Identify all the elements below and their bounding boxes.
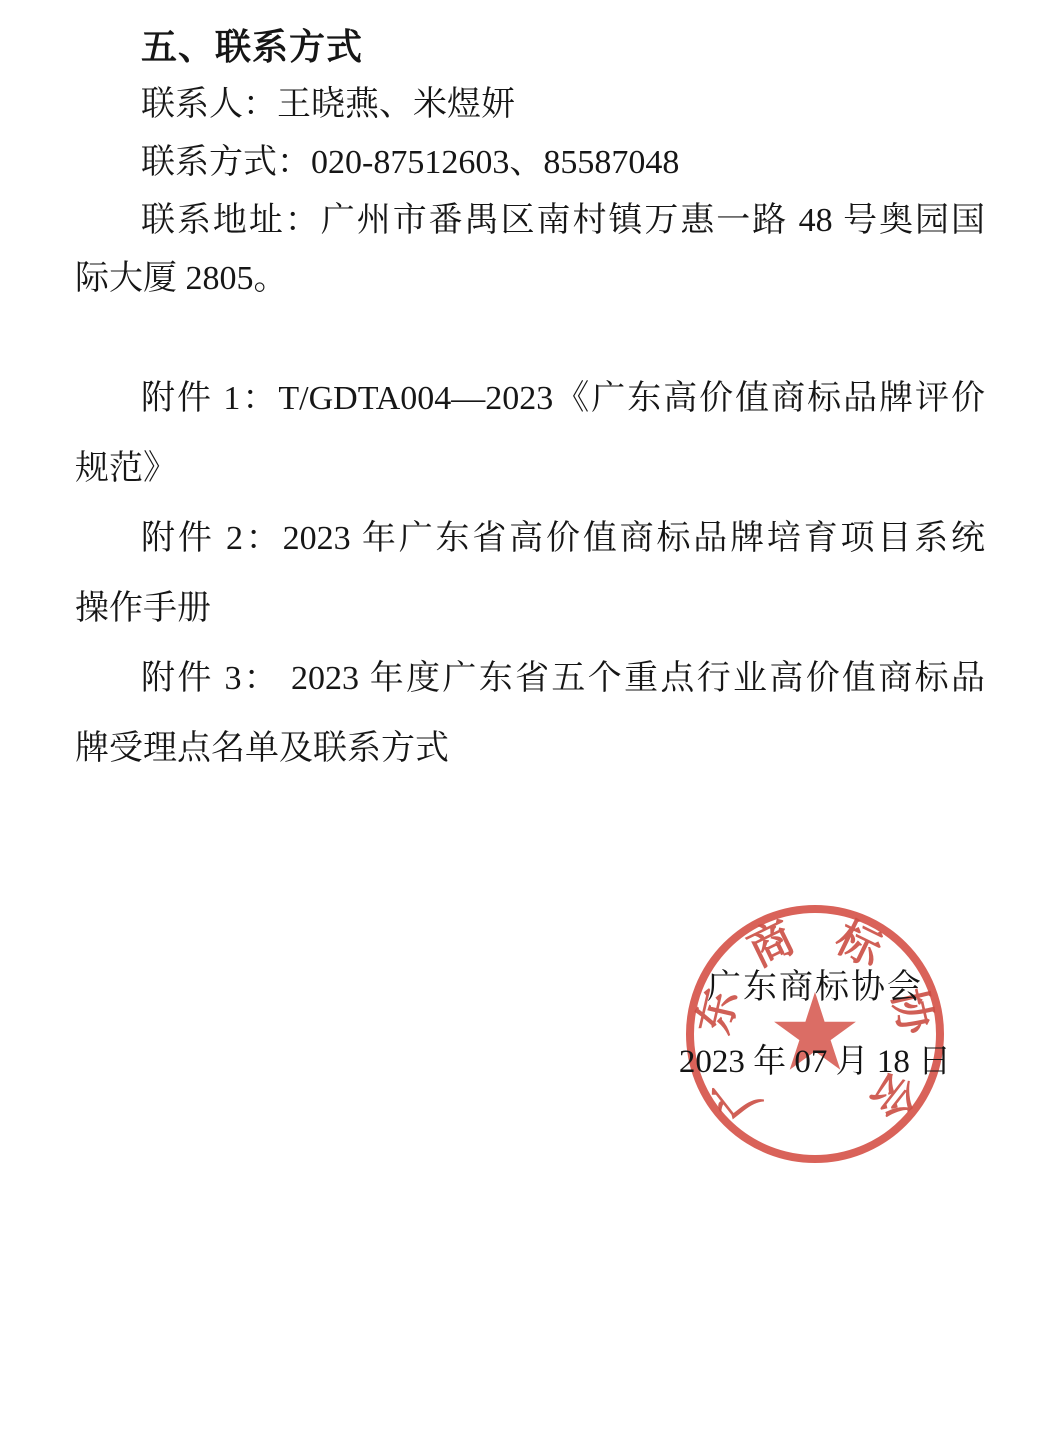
attachments-section: 附件 1：T/GDTA004—2023《广东高价值商标品牌评价 规范》 附件 2… (75, 364, 985, 784)
official-seal-stamp: 广 东 商 标 协 会 (679, 898, 951, 1170)
signature-date: 2023 年 07 月 18 日 (640, 1040, 990, 1084)
contact-address-line-1: 联系地址：广州市番禺区南村镇万惠一路 48 号奥园国 (75, 192, 985, 250)
attachment-2-line-1: 附件 2：2023 年广东省高价值商标品牌培育项目系统 (75, 504, 985, 574)
contact-address-line-2: 际大厦 2805。 (75, 250, 985, 308)
contact-person-line: 联系人：王晓燕、米煜妍 (75, 76, 985, 134)
contact-phone-line: 联系方式：020-87512603、85587048 (75, 134, 985, 192)
document-page: 五、联系方式 联系人：王晓燕、米煜妍 联系方式：020-87512603、855… (0, 0, 1058, 1430)
section-heading: 五、联系方式 (75, 18, 985, 76)
attachment-2-line-2: 操作手册 (75, 574, 985, 644)
document-body: 五、联系方式 联系人：王晓燕、米煜妍 联系方式：020-87512603、855… (75, 18, 985, 784)
blank-line (75, 308, 985, 364)
attachment-1-line-2: 规范》 (75, 434, 985, 504)
attachment-3-line-1: 附件 3： 2023 年度广东省五个重点行业高价值商标品 (75, 644, 985, 714)
seal-graphic: 广 东 商 标 协 会 (679, 898, 951, 1170)
attachment-1-line-1: 附件 1：T/GDTA004—2023《广东高价值商标品牌评价 (75, 364, 985, 434)
attachment-3-line-2: 牌受理点名单及联系方式 (75, 714, 985, 784)
signature-organization: 广东商标协会 (640, 966, 990, 1010)
contact-section: 联系人：王晓燕、米煜妍 联系方式：020-87512603、85587048 联… (75, 76, 985, 308)
